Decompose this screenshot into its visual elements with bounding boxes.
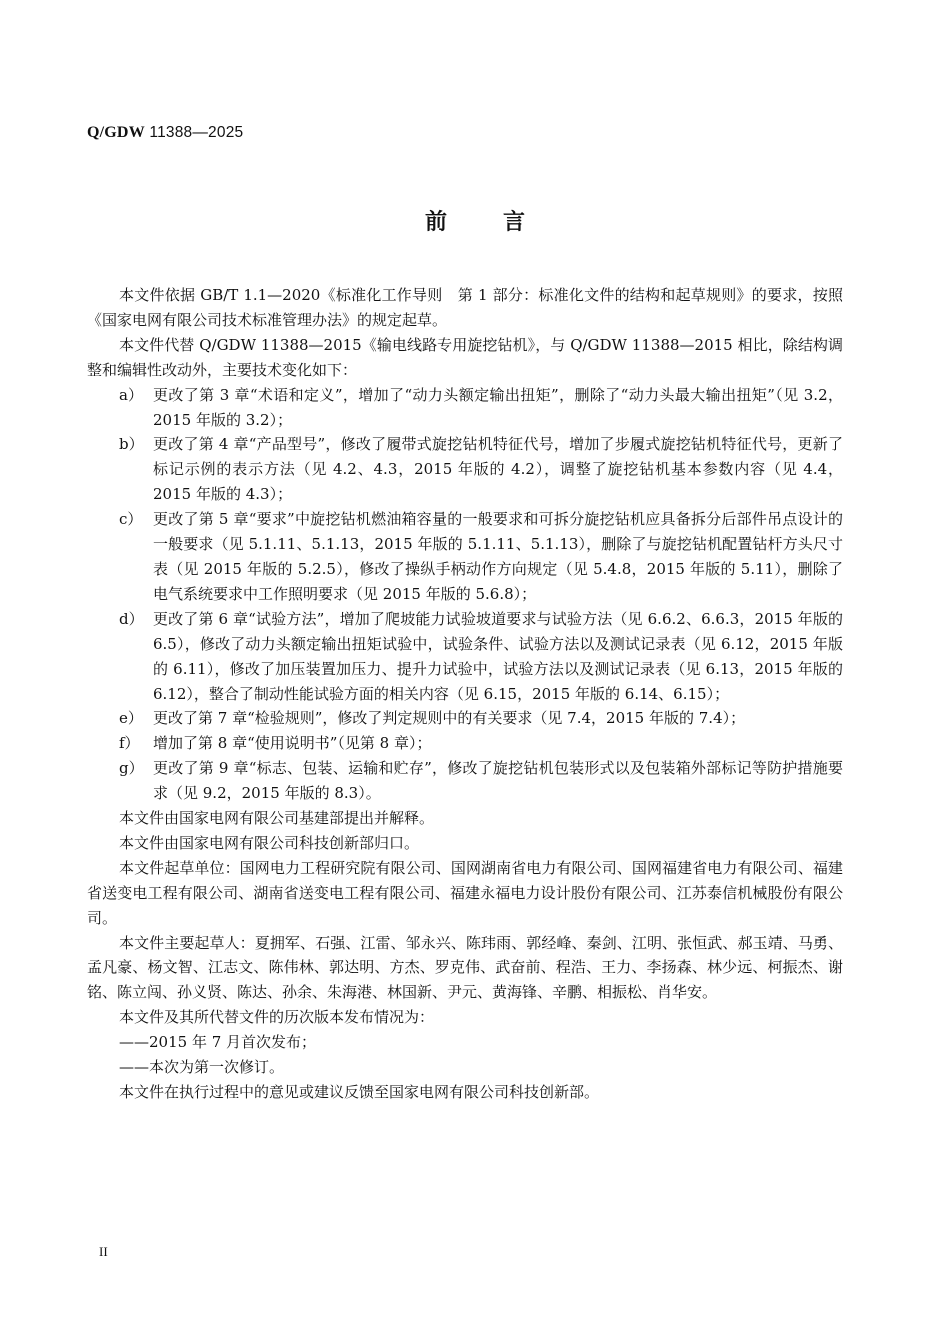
doc-code-number: 11388—2025 xyxy=(145,124,243,141)
document-code: Q/GDW 11388—2025 xyxy=(87,124,243,142)
list-label: c） xyxy=(119,507,142,532)
list-text: 更改了第 5 章“要求”中旋挖钻机燃油箱容量的一般要求和可拆分旋挖钻机应具备拆分… xyxy=(153,510,843,603)
paragraph-centralizer: 本文件由国家电网有限公司科技创新部归口。 xyxy=(87,831,843,856)
paragraph-history-intro: 本文件及其所代替文件的历次版本发布情况为： xyxy=(87,1005,843,1030)
list-label: a） xyxy=(119,383,143,408)
history-item: ——本次为第一次修订。 xyxy=(87,1055,843,1080)
list-text: 更改了第 9 章“标志、包装、运输和贮存”，修改了旋挖钻机包装形式以及包装箱外部… xyxy=(153,759,843,802)
list-item: d）更改了第 6 章“试验方法”，增加了爬坡能力试验坡道要求与试验方法（见 6.… xyxy=(87,607,843,707)
list-item: a）更改了第 3 章“术语和定义”，增加了“动力头额定输出扭矩”，删除了“动力头… xyxy=(87,383,843,433)
list-label: e） xyxy=(119,706,143,731)
list-text: 更改了第 7 章“检验规则”，修改了判定规则中的有关要求（见 7.4，2015 … xyxy=(153,709,745,727)
list-label: b） xyxy=(119,432,144,457)
list-label: d） xyxy=(119,607,144,632)
list-text: 增加了第 8 章“使用说明书”（见第 8 章）； xyxy=(153,734,432,752)
doc-code-prefix: Q/GDW xyxy=(87,124,145,141)
list-item: b）更改了第 4 章“产品型号”，修改了履带式旋挖钻机特征代号，增加了步履式旋挖… xyxy=(87,432,843,507)
changes-list: a）更改了第 3 章“术语和定义”，增加了“动力头额定输出扭矩”，删除了“动力头… xyxy=(87,383,843,806)
list-item: f）增加了第 8 章“使用说明书”（见第 8 章）； xyxy=(87,731,843,756)
list-text: 更改了第 4 章“产品型号”，修改了履带式旋挖钻机特征代号，增加了步履式旋挖钻机… xyxy=(153,435,843,503)
page-number: II xyxy=(99,1244,108,1260)
title-char-2: 言 xyxy=(503,205,525,236)
paragraph-drafters: 本文件主要起草人：夏拥军、石强、江雷、邹永兴、陈玮雨、郭经峰、秦剑、江明、张恒武… xyxy=(87,931,843,1006)
title-char-1: 前 xyxy=(425,205,447,236)
history-item: ——2015 年 7 月首次发布； xyxy=(87,1030,843,1055)
paragraph-proposer: 本文件由国家电网有限公司基建部提出并解释。 xyxy=(87,806,843,831)
list-label: f） xyxy=(119,731,140,756)
list-text: 更改了第 6 章“试验方法”，增加了爬坡能力试验坡道要求与试验方法（见 6.6.… xyxy=(153,610,843,703)
paragraph-drafting-units: 本文件起草单位：国网电力工程研究院有限公司、国网湖南省电力有限公司、国网福建省电… xyxy=(87,856,843,931)
paragraph-drafting-basis: 本文件依据 GB/T 1.1—2020《标准化工作导则 第 1 部分：标准化文件… xyxy=(87,283,843,333)
paragraph-supersedes: 本文件代替 Q/GDW 11388—2015《输电线路专用旋挖钻机》，与 Q/G… xyxy=(87,333,843,383)
list-text: 更改了第 3 章“术语和定义”，增加了“动力头额定输出扭矩”，删除了“动力头最大… xyxy=(153,386,843,429)
list-item: e）更改了第 7 章“检验规则”，修改了判定规则中的有关要求（见 7.4，201… xyxy=(87,706,843,731)
list-item: g）更改了第 9 章“标志、包装、运输和贮存”，修改了旋挖钻机包装形式以及包装箱… xyxy=(87,756,843,806)
list-label: g） xyxy=(119,756,144,781)
page-title: 前言 xyxy=(0,205,950,236)
paragraph-feedback: 本文件在执行过程中的意见或建议反馈至国家电网有限公司科技创新部。 xyxy=(87,1080,843,1105)
foreword-body: 本文件依据 GB/T 1.1—2020《标准化工作导则 第 1 部分：标准化文件… xyxy=(87,283,843,1105)
list-item: c）更改了第 5 章“要求”中旋挖钻机燃油箱容量的一般要求和可拆分旋挖钻机应具备… xyxy=(87,507,843,607)
